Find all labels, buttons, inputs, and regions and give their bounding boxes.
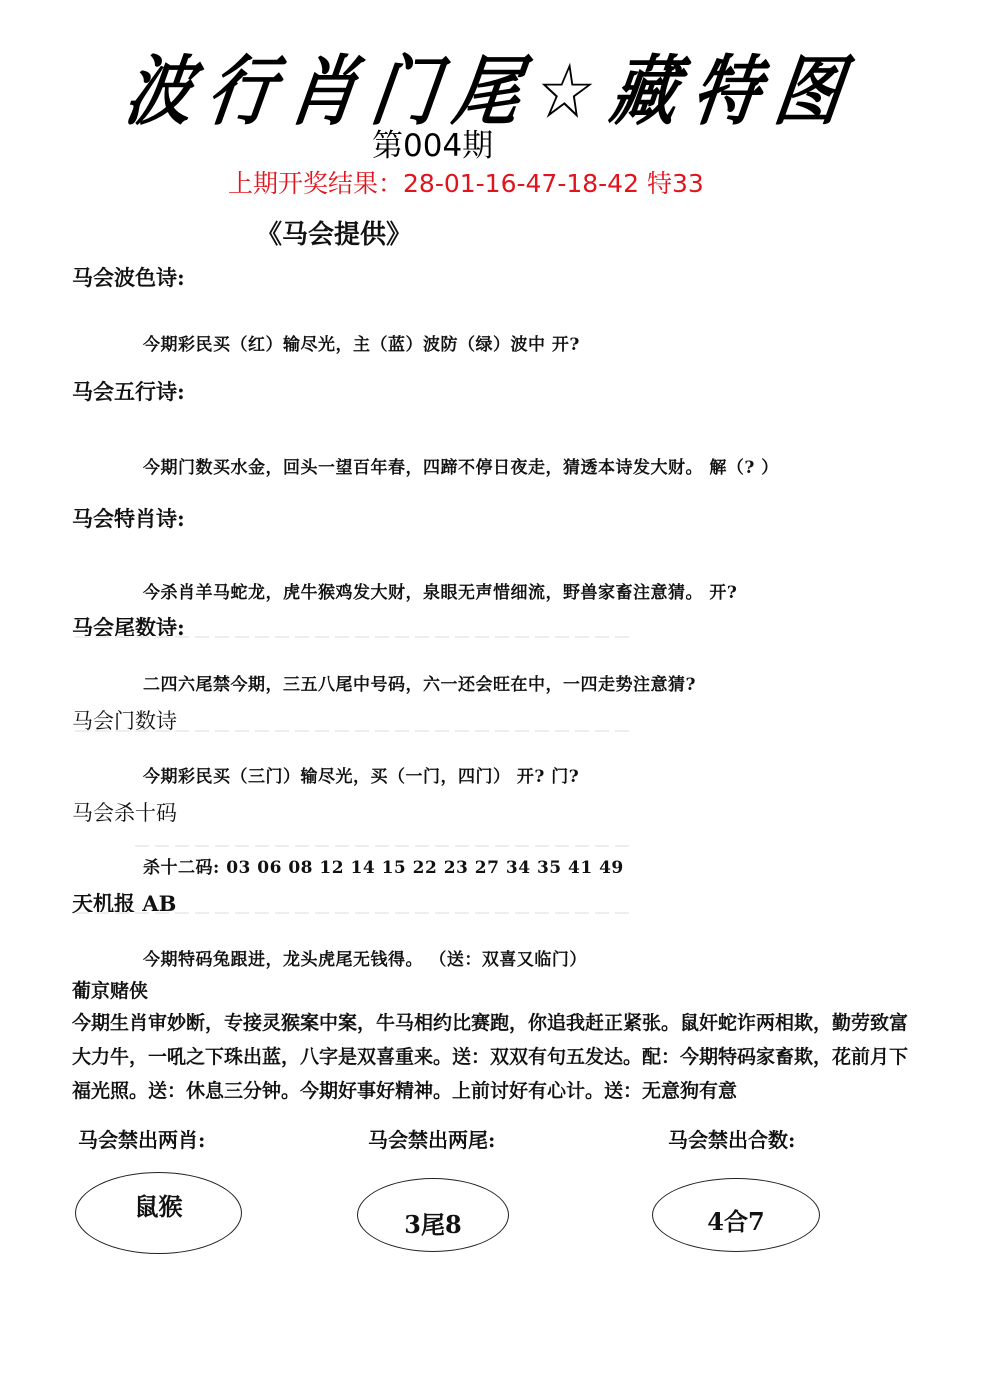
ban-tail-value: 3尾8 [404,1205,461,1240]
issue-number: 第004期 [372,120,493,165]
provider-label: 《马会提供》 [256,214,412,251]
divider [135,845,635,847]
section-heading-kill-ten: 马会杀十码 [72,797,177,827]
ban-sum-ellipse: 4合7 [652,1178,820,1252]
gambler-paragraph: 今期生肖审妙断，专接灵猴案中案，牛马相约比赛跑，你追我赶正紧张。鼠奸蛇诈两相欺，… [72,1006,922,1108]
divider [75,912,635,914]
last-draw-result: 上期开奖结果：28-01-16-47-18-42 特33 [228,164,704,200]
ban-tail-ellipse: 3尾8 [357,1178,509,1252]
last-result-numbers: 28-01-16-47-18-42 [403,169,639,198]
divider [75,636,635,638]
section-heading-wave-color: 马会波色诗: [72,262,185,292]
section-text-five-elements: 今期门数买水金，回头一望百年春，四蹄不停日夜走，猜透本诗发大财。 解（? ） [143,453,779,478]
divider [75,730,635,732]
ban-zodiac-ellipse: 鼠猴 [75,1172,242,1254]
ban-zodiac-label: 马会禁出两肖: [78,1124,205,1153]
section-heading-special-zodiac: 马会特肖诗: [72,503,185,533]
ban-sum-label: 马会禁出合数: [668,1124,795,1153]
section-text-door-number: 今期彩民买（三门）输尽光，买（一门，四门） 开? 门? [143,762,579,787]
section-text-tail-number: 二四六尾禁今期，三五八尾中号码，六一还会旺在中，一四走势注意猜? [143,670,696,695]
ban-tail-label: 马会禁出两尾: [368,1124,495,1153]
section-heading-five-elements: 马会五行诗: [72,376,185,406]
last-result-label: 上期开奖结果： [228,169,403,198]
section-text-kill-ten: 杀十二码: 03 06 08 12 14 15 22 23 27 34 35 4… [143,853,624,878]
ban-zodiac-value: 鼠猴 [135,1187,183,1222]
section-text-special-zodiac: 今杀肖羊马蛇龙，虎牛猴鸡发大财，泉眼无声惜细流，野兽家畜注意猜。 开? [143,578,737,603]
last-result-special: 特33 [647,169,704,198]
section-heading-gambler: 葡京赌侠 [72,976,148,1003]
ban-sum-value: 4合7 [707,1202,764,1237]
section-text-tianji: 今期特码兔跟进，龙头虎尾无钱得。 （送：双喜又临门） [143,945,587,970]
section-text-wave-color: 今期彩民买（红）输尽光，主（蓝）波防（绿）波中 开? [143,330,580,355]
